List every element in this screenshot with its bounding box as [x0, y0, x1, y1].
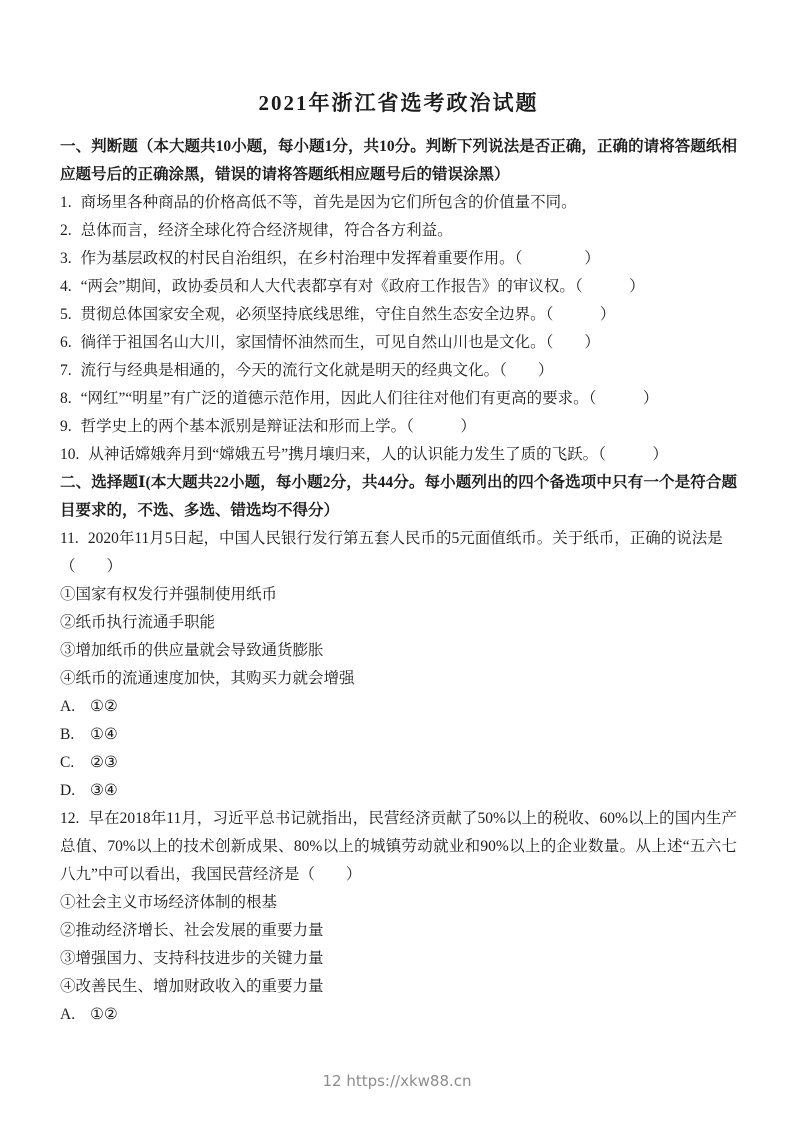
question-7-text: 流行与经典是相通的，今天的流行文化就是明天的经典文化。（ ） — [81, 362, 554, 379]
question-12-statement-2: ②推动经济增长、社会发展的重要力量 — [60, 917, 737, 945]
question-11-number: 11. — [60, 530, 79, 547]
question-2-number: 2. — [60, 222, 72, 239]
question-11-statement-1: ①国家有权发行并强制使用纸币 — [60, 581, 737, 609]
question-9-text: 哲学史上的两个基本派别是辩证法和形而上学。（ ） — [81, 418, 476, 435]
question-11-text: 2020年11月5日起，中国人民银行发行第五套人民币的5元面值纸币。关于纸币，正… — [88, 530, 723, 547]
footer-url: https://xkw88.cn — [346, 1072, 471, 1090]
exam-page: 2021年浙江省选考政治试题 一、判断题（本大题共10小题，每小题1分，共10分… — [0, 0, 794, 1123]
choice-d-value: ③④ — [90, 782, 118, 799]
question-4-text: “两会”期间，政协委员和人大代表都享有对《政府工作报告》的审议权。（ ） — [81, 278, 645, 295]
choice-a-label: A. — [60, 693, 80, 721]
question-5-text: 贯彻总体国家安全观，必须坚持底线思维，守住自然生态安全边界。（ ） — [81, 306, 616, 323]
choice-c-value: ②③ — [90, 754, 118, 771]
question-11-statement-2: ②纸币执行流通手职能 — [60, 609, 737, 637]
choice-b-label: B. — [60, 721, 80, 749]
question-5-number: 5. — [60, 306, 72, 323]
question-11-statement-4: ④纸币的流通速度加快，其购买力就会增强 — [60, 665, 737, 693]
question-11-choice-d: D.③④ — [60, 777, 737, 805]
question-8-text: “网红”“明星”有广泛的道德示范作用，因此人们往往对他们有更高的要求。（ ） — [81, 390, 659, 407]
question-10: 10.从神话嫦娥奔月到“嫦娥五号”携月壤归来，人的认识能力发生了质的飞跃。（ ） — [60, 441, 737, 469]
page-title: 2021年浙江省选考政治试题 — [60, 88, 737, 118]
question-1-text: 商场里各种商品的价格高低不等，首先是因为它们所包含的价值量不同。 — [81, 194, 577, 211]
question-11: 11.2020年11月5日起，中国人民银行发行第五套人民币的5元面值纸币。关于纸… — [60, 525, 737, 553]
question-8: 8.“网红”“明星”有广泛的道德示范作用，因此人们往往对他们有更高的要求。（ ） — [60, 385, 737, 413]
section-2-heading: 二、选择题Ⅰ(本大题共22小题，每小题2分，共44分。每小题列出的四个备选项中只… — [60, 469, 737, 525]
choice-c-label: C. — [60, 749, 80, 777]
section-1-heading: 一、判断题（本大题共10小题，每小题1分，共10分。判断下列说法是否正确，正确的… — [60, 133, 737, 189]
question-12-number: 12. — [60, 810, 79, 827]
choice-a-value: ①② — [90, 698, 118, 715]
question-3-text: 作为基层政权的村民自治组织，在乡村治理中发挥着重要作用。（ ） — [81, 250, 600, 267]
question-12-statement-1: ①社会主义市场经济体制的根基 — [60, 889, 737, 917]
question-11-statement-3: ③增加纸币的供应量就会导致通货膨胀 — [60, 637, 737, 665]
question-11-choice-a: A.①② — [60, 693, 737, 721]
choice-a-label: A. — [60, 1001, 80, 1029]
question-9-number: 9. — [60, 418, 72, 435]
question-10-text: 从神话嫦娥奔月到“嫦娥五号”携月壤归来，人的认识能力发生了质的飞跃。（ ） — [88, 446, 668, 463]
question-12-statement-4: ④改善民生、增加财政收入的重要力量 — [60, 973, 737, 1001]
question-9: 9.哲学史上的两个基本派别是辩证法和形而上学。（ ） — [60, 413, 737, 441]
question-4-number: 4. — [60, 278, 72, 295]
question-8-number: 8. — [60, 390, 72, 407]
question-5: 5.贯彻总体国家安全观，必须坚持底线思维，守住自然生态安全边界。（ ） — [60, 301, 737, 329]
choice-a-value: ①② — [90, 1006, 118, 1023]
question-3-number: 3. — [60, 250, 72, 267]
question-12-statement-3: ③增强国力、支持科技进步的关键力量 — [60, 945, 737, 973]
question-3: 3.作为基层政权的村民自治组织，在乡村治理中发挥着重要作用。（ ） — [60, 245, 737, 273]
page-number: 12 — [322, 1072, 341, 1090]
question-12-choice-a: A.①② — [60, 1001, 737, 1029]
question-7: 7.流行与经典是相通的，今天的流行文化就是明天的经典文化。（ ） — [60, 357, 737, 385]
question-12-text: 早在2018年11月，习近平总书记就指出，民营经济贡献了50%以上的税收、60%… — [60, 810, 737, 883]
page-footer: 12 https://xkw88.cn — [0, 1072, 794, 1090]
question-6: 6.徜徉于祖国名山大川，家国情怀油然而生，可见自然山川也是文化。（ ） — [60, 329, 737, 357]
question-1: 1.商场里各种商品的价格高低不等，首先是因为它们所包含的价值量不同。 — [60, 189, 737, 217]
question-11-choice-c: C.②③ — [60, 749, 737, 777]
question-10-number: 10. — [60, 446, 79, 463]
question-4: 4.“两会”期间，政协委员和人大代表都享有对《政府工作报告》的审议权。（ ） — [60, 273, 737, 301]
question-11-answer-bracket: （ ） — [60, 553, 737, 581]
choice-b-value: ①④ — [90, 726, 118, 743]
question-12: 12.早在2018年11月，习近平总书记就指出，民营经济贡献了50%以上的税收、… — [60, 805, 737, 889]
question-2-text: 总体而言，经济全球化符合经济规律，符合各方利益。 — [81, 222, 453, 239]
question-1-number: 1. — [60, 194, 72, 211]
question-7-number: 7. — [60, 362, 72, 379]
choice-d-label: D. — [60, 777, 80, 805]
question-6-text: 徜徉于祖国名山大川，家国情怀油然而生，可见自然山川也是文化。（ ） — [81, 334, 600, 351]
question-2: 2.总体而言，经济全球化符合经济规律，符合各方利益。 — [60, 217, 737, 245]
question-6-number: 6. — [60, 334, 72, 351]
question-11-choice-b: B.①④ — [60, 721, 737, 749]
